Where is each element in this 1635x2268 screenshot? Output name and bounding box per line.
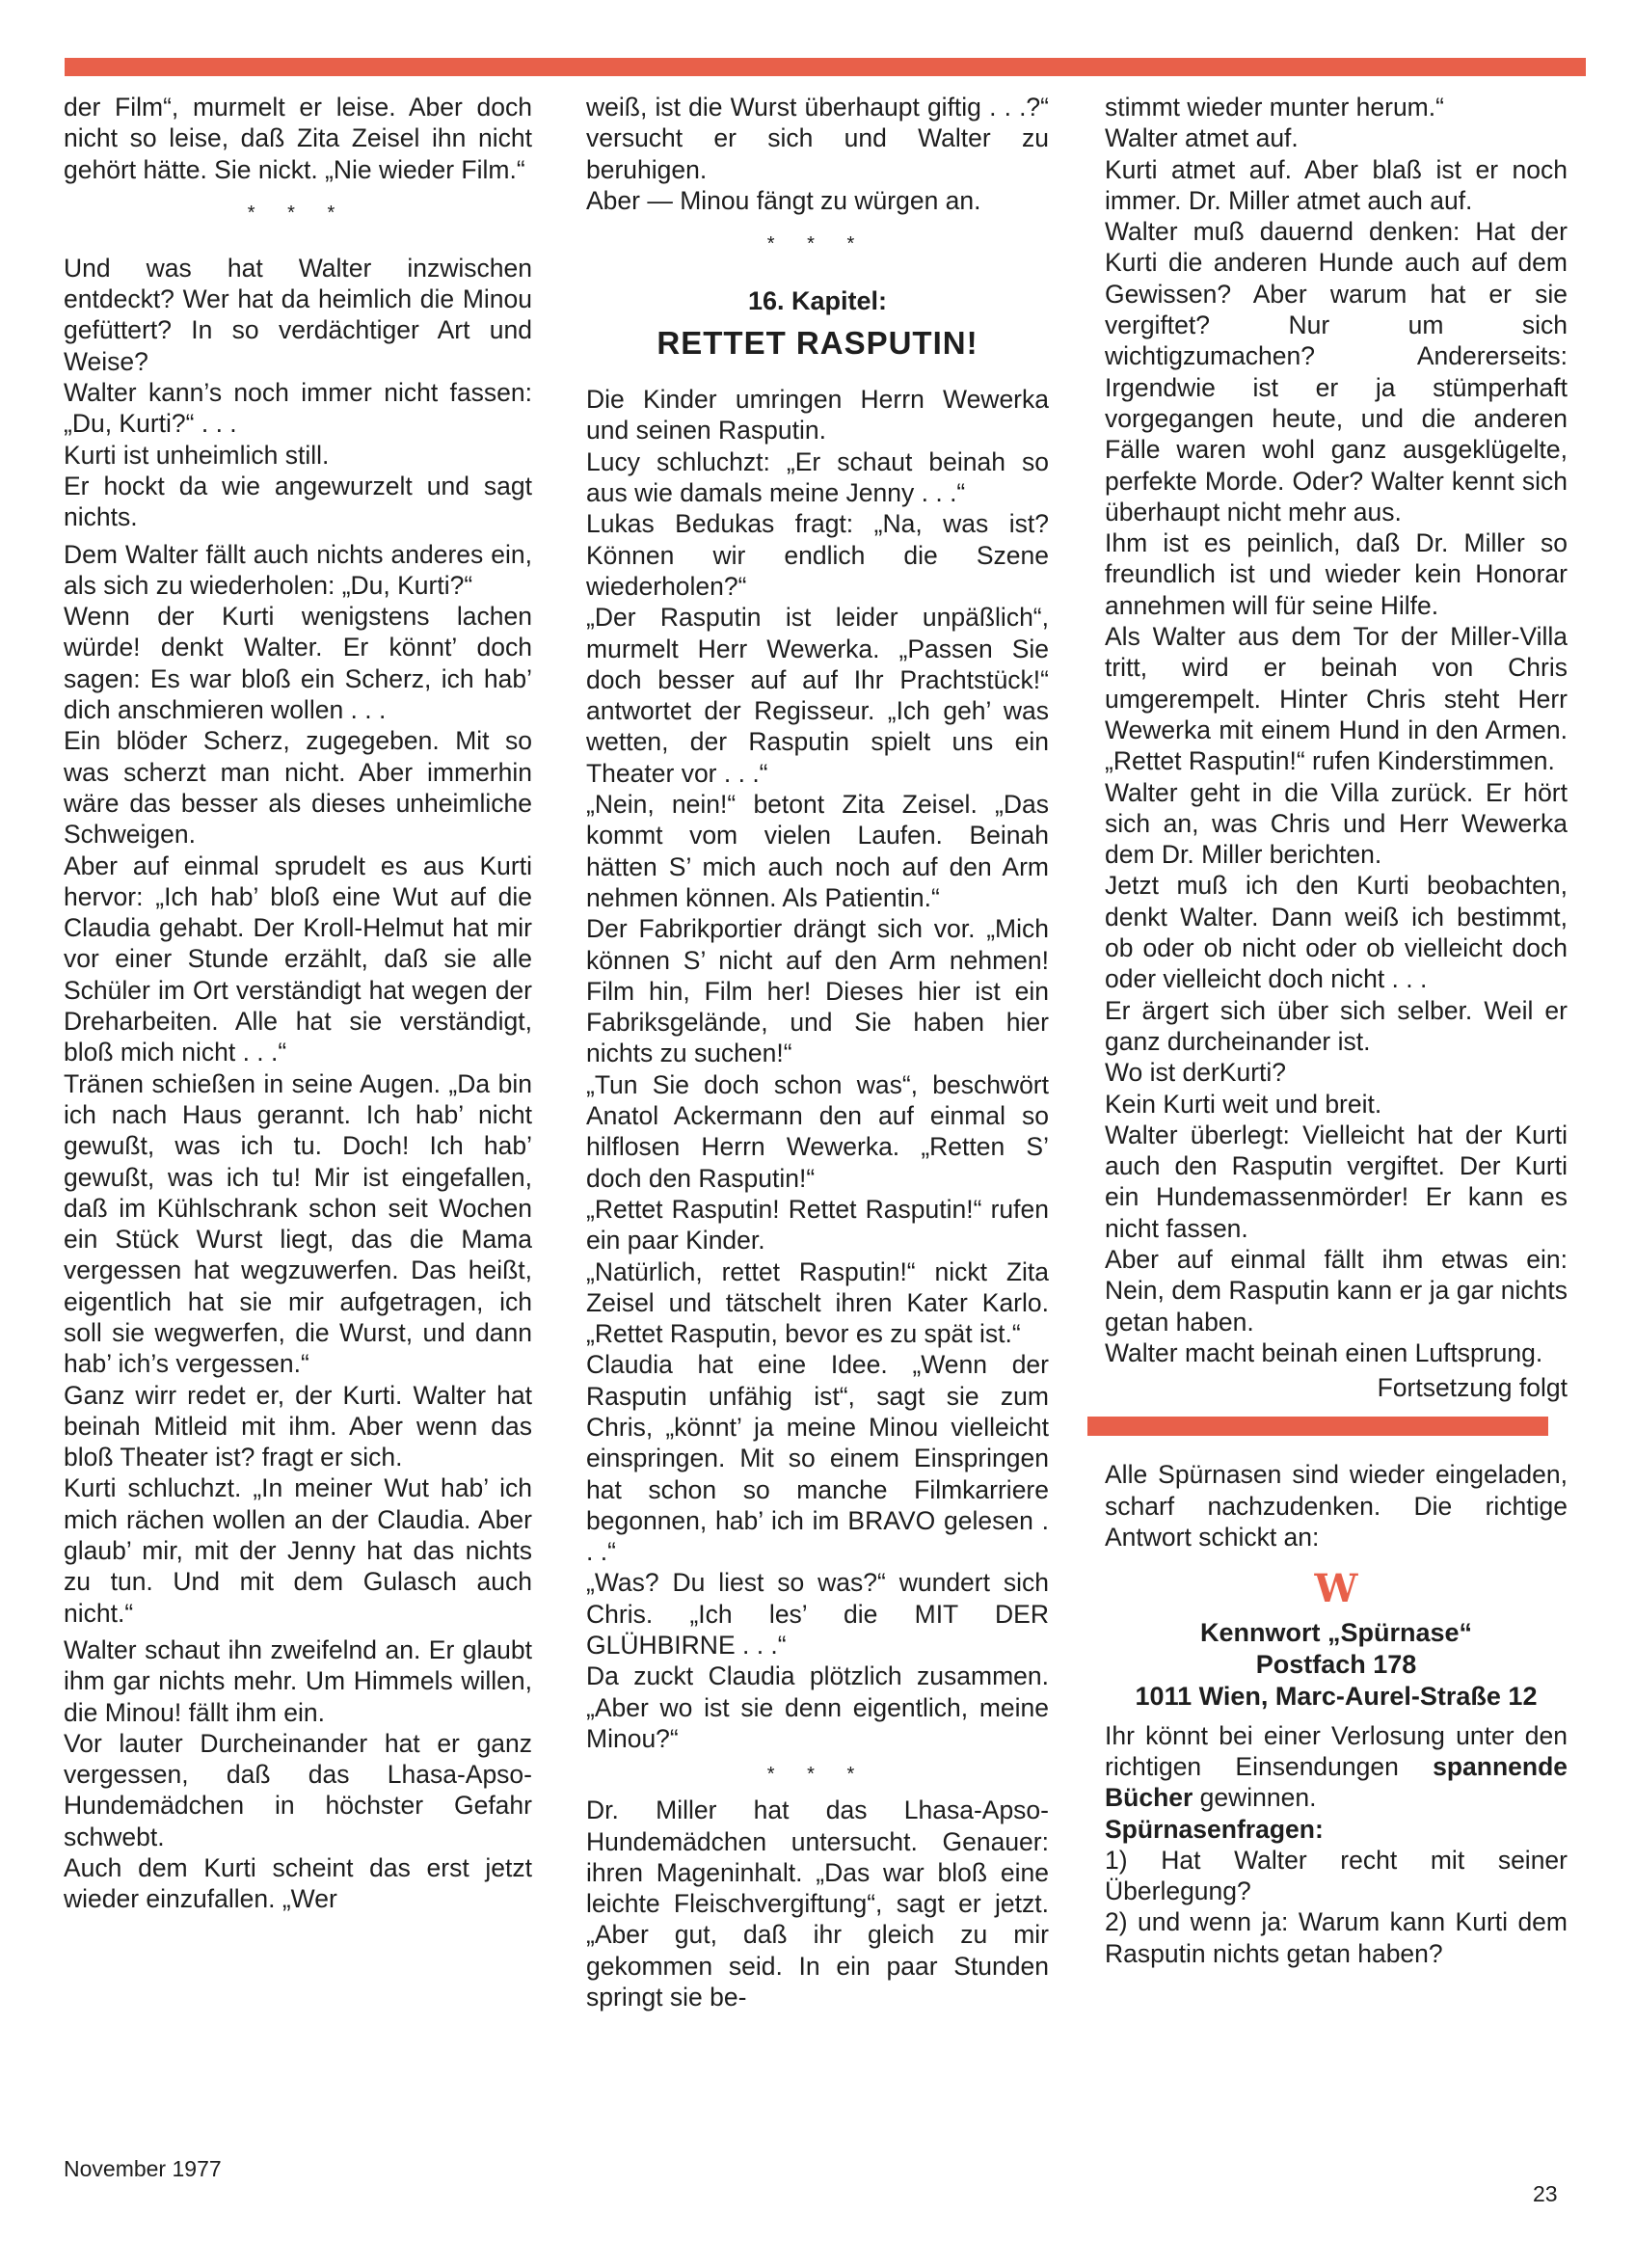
paragraph: Kurti ist unheimlich still. [64,440,532,471]
paragraph: Wenn der Kurti wenigstens lachen würde! … [64,601,532,725]
address-postbox: Postfach 178 [1105,1649,1568,1681]
paragraph: Lucy schluchzt: „Er schaut beinah so aus… [586,446,1049,509]
paragraph: Walter macht beinah einen Luftsprung. [1105,1337,1568,1368]
chapter-title: RETTET RASPUTIN! [586,322,1049,364]
paragraph: stimmt wieder munter herum.“ [1105,92,1568,122]
paragraph: Wo ist derKurti? [1105,1057,1568,1088]
paragraph: Er ärgert sich über sich selber. Weil er… [1105,995,1568,1058]
contest-intro: Alle Spürnasen sind wieder eingeladen, s… [1105,1459,1568,1552]
paragraph: Dem Walter fällt auch nichts anderes ein… [64,539,532,602]
paragraph: Die Kinder umringen Herrn Wewerka und se… [586,384,1049,446]
paragraph: Walter schaut ihn zweifelnd an. Er glaub… [64,1634,532,1728]
page-number: 23 [1533,2181,1558,2207]
paragraph: „Was? Du liest so was?“ wundert sich Chr… [586,1567,1049,1660]
top-accent-bar [65,58,1586,76]
paragraph: Und was hat Walter inzwischen entdeckt? … [64,253,532,377]
paragraph: „Tun Sie doch schon was“, beschwört Anat… [586,1069,1049,1194]
paragraph: Tränen schießen in seine Augen. „Da bin … [64,1068,532,1380]
paragraph: Vor lauter Durcheinander hat er ganz ver… [64,1728,532,1852]
contest-box: Alle Spürnasen sind wieder eingeladen, s… [1105,1459,1568,1969]
address-street: 1011 Wien, Marc-Aurel-Straße 12 [1105,1681,1568,1713]
magazine-page: der Film“, murmelt er leise. Aber doch n… [0,0,1635,2268]
prize-text: Ihr könnt bei einer Verlosung unter den … [1105,1720,1568,1814]
paragraph: der Film“, murmelt er leise. Aber doch n… [64,92,532,185]
paragraph: Aber auf einmal sprudelt es aus Kurti he… [64,850,532,1068]
paragraph: Da zuckt Claudia plötzlich zusammen. „Ab… [586,1660,1049,1754]
paragraph: Auch dem Kurti scheint das erst jetzt wi… [64,1852,532,1915]
paragraph: Walter kann’s noch immer nicht fassen: „… [64,377,532,440]
paragraph: Walter überlegt: Vielleicht hat der Kurt… [1105,1120,1568,1244]
paragraph: Lukas Bedukas fragt: „Na, was ist? Könne… [586,508,1049,602]
paragraph: Jetzt muß ich den Kurti beobachten, denk… [1105,870,1568,994]
contest-address: Kennwort „Spürnase“ Postfach 178 1011 Wi… [1105,1617,1568,1713]
paragraph: Walter atmet auf. [1105,122,1568,153]
questions-heading: Spürnasenfragen: [1105,1814,1568,1845]
paragraph: „Nein, nein!“ betont Zita Zeisel. „Das k… [586,789,1049,913]
paragraph: Ganz wirr redet er, der Kurti. Walter ha… [64,1380,532,1473]
section-separator: * * * [64,199,532,228]
paragraph: „Natürlich, rettet Rasputin!“ nickt Zita… [586,1256,1049,1350]
question-item: 1) Hat Walter recht mit seiner Überlegun… [1105,1845,1568,1907]
paragraph: Kurti schluchzt. „In meiner Wut hab’ ich… [64,1472,532,1628]
publisher-logo: W [1105,1574,1568,1608]
section-separator: * * * [586,229,1049,258]
paragraph: „Der Rasputin ist leider unpäßlich“, mur… [586,602,1049,789]
paragraph: Walter geht in die Villa zurück. Er hört… [1105,777,1568,871]
paragraph: Claudia hat eine Idee. „Wenn der Rasputi… [586,1349,1049,1567]
column-left: der Film“, murmelt er leise. Aber doch n… [64,92,532,1915]
paragraph: Der Fabrikportier drängt sich vor. „Mich… [586,913,1049,1068]
column-right: stimmt wieder munter herum.“ Walter atme… [1105,92,1568,1969]
paragraph: weiß, ist die Wurst überhaupt giftig . .… [586,92,1049,185]
address-keyword: Kennwort „Spürnase“ [1105,1617,1568,1649]
paragraph: Dr. Miller hat das Lhasa-Apso-Hundemädch… [586,1795,1049,2012]
paragraph: Walter muß dauernd denken: Hat der Kurti… [1105,216,1568,527]
paragraph: Ein blöder Scherz, zugegeben. Mit so was… [64,725,532,850]
question-item: 2) und wenn ja: Warum kann Kurti dem Ras… [1105,1906,1568,1969]
chapter-number: 16. Kapitel: [586,283,1049,318]
column-middle: weiß, ist die Wurst überhaupt giftig . .… [586,92,1049,2012]
issue-date: November 1977 [64,2156,222,2182]
paragraph: Aber auf einmal fällt ihm etwas ein: Nei… [1105,1244,1568,1337]
contest-accent-bar [1087,1417,1548,1436]
paragraph: „Rettet Rasputin! Rettet Rasputin!“ rufe… [586,1194,1049,1256]
paragraph: Ihm ist es peinlich, daß Dr. Miller so f… [1105,527,1568,621]
section-separator: * * * [586,1760,1049,1789]
paragraph: Kurti atmet auf. Aber blaß ist er noch i… [1105,154,1568,217]
paragraph: Aber — Minou fängt zu würgen an. [586,185,1049,216]
paragraph: Er hockt da wie angewurzelt und sagt nic… [64,471,532,533]
paragraph: Kein Kurti weit und breit. [1105,1089,1568,1120]
continued-note: Fortsetzung folgt [1105,1372,1568,1403]
w-logo-icon: W [1315,1566,1358,1611]
paragraph: Als Walter aus dem Tor der Miller-Villa … [1105,621,1568,776]
